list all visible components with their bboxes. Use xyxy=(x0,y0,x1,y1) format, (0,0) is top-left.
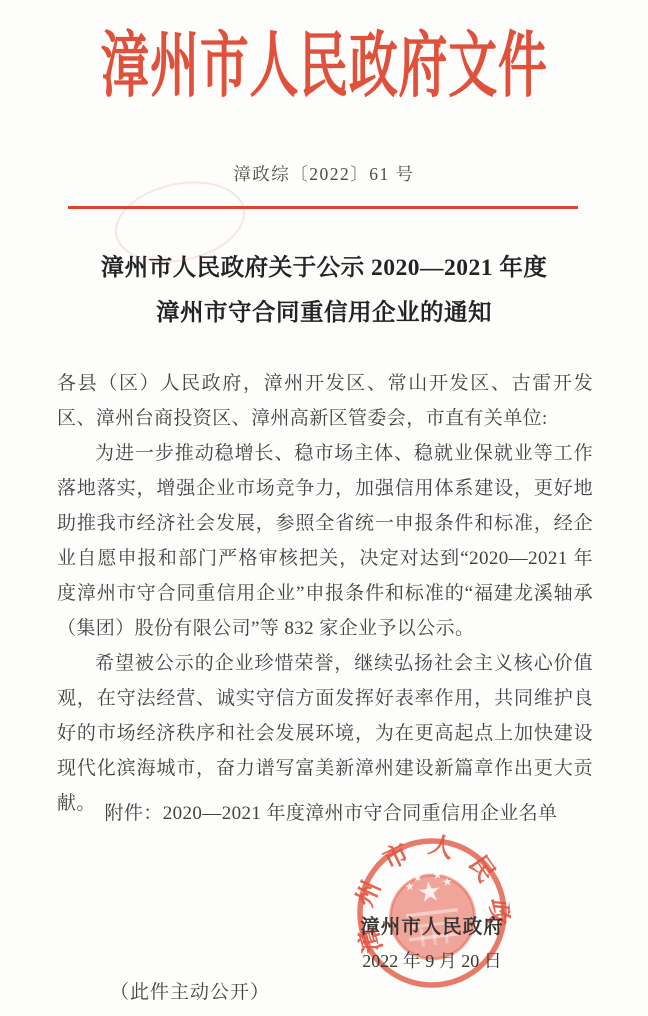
footer-note: （此件主动公开） xyxy=(110,977,270,1004)
document-title: 漳州市人民政府关于公示 2020—2021 年度 漳州市守合同重信用企业的通知 xyxy=(0,246,648,336)
doc-number: 漳政综〔2022〕61 号 xyxy=(0,161,648,186)
document-body: 各县（区）人民政府，漳州开发区、常山开发区、古雷开发区、漳州台商投资区、漳州高新… xyxy=(57,366,593,821)
title-line-1: 漳州市人民政府关于公示 2020—2021 年度 xyxy=(0,246,648,291)
issue-date: 2022 年 9 月 20 日 xyxy=(344,947,520,973)
issuer-signature: 漳州市人民政府 xyxy=(344,911,520,939)
body-paragraph-1: 为进一步推动稳增长、稳市场主体、稳就业保就业等工作落地落实，增强企业市场竞争力，… xyxy=(57,436,593,646)
salutation: 各县（区）人民政府，漳州开发区、常山开发区、古雷开发区、漳州台商投资区、漳州高新… xyxy=(57,366,593,436)
body-paragraph-2: 希望被公示的企业珍惜荣誉，继续弘扬社会主义核心价值观，在守法经营、诚实守信方面发… xyxy=(57,646,593,821)
document-banner-title: 漳州市人民政府文件 xyxy=(91,24,558,108)
attachment-line: 附件：2020—2021 年度漳州市守合同重信用企业名单 xyxy=(57,798,617,830)
title-line-2: 漳州市守合同重信用企业的通知 xyxy=(0,291,648,336)
document-page: 漳州市人民政府文件 漳政综〔2022〕61 号 漳州市人民政府关于公示 2020… xyxy=(0,0,648,1016)
red-divider-line xyxy=(68,206,578,209)
